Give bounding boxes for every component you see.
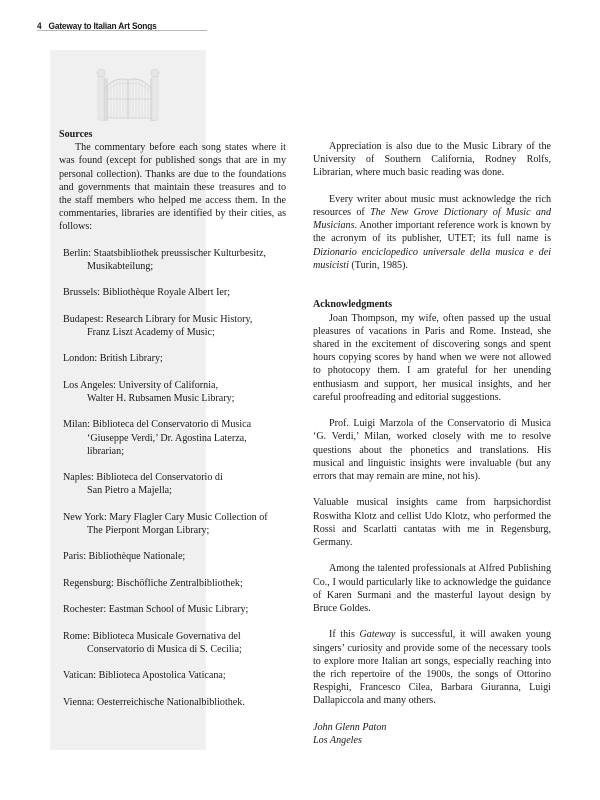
right-column: Appreciation is also due to the Music Li… [313,140,551,747]
library-item: Vienna: Oesterreichische Nationalbibliot… [59,696,286,709]
library-item: Los Angeles: University of California, W… [59,379,286,405]
sources-heading: Sources [59,128,286,141]
library-item: Paris: Bibliothèque Nationale; [59,550,286,563]
library-item: London: British Library; [59,352,286,365]
signature-name: John Glenn Paton [313,721,551,734]
library-item: Vatican: Biblioteca Apostolica Vaticana; [59,669,286,682]
library-item: Brussels: Bibliothèque Royale Albert Ier… [59,286,286,299]
ack-paragraph: Valuable musical insights came from harp… [313,496,551,549]
ack-paragraph: Prof. Luigi Marzola of the Conservatorio… [313,417,551,483]
acknowledgments-heading: Acknowledgments [313,298,551,311]
header-rule [37,30,207,31]
ack-paragraph: Joan Thompson, my wife, often passed up … [313,312,551,404]
reference-works-paragraph: Every writer about music must acknowledg… [313,193,551,272]
library-item: Budapest: Research Library for Music His… [59,313,286,339]
library-item: Rochester: Eastman School of Music Libra… [59,603,286,616]
library-item: Milan: Biblioteca del Conservatorio di M… [59,418,286,458]
library-item: Rome: Biblioteca Musicale Governativa de… [59,630,286,656]
library-item: Berlin: Staatsbibliothek preussischer Ku… [59,247,286,273]
library-item: Regensburg: Bischöfliche Zentralbiblioth… [59,577,286,590]
library-list: Berlin: Staatsbibliothek preussischer Ku… [59,247,286,709]
left-column: Sources The commentary before each song … [59,128,286,709]
closing-paragraph: If this Gateway is successful, it will a… [313,628,551,707]
running-head: 4Gateway to Italian Art Songs [37,21,187,35]
garden-gate-icon [92,66,164,122]
appreciation-paragraph: Appreciation is also due to the Music Li… [313,140,551,180]
sources-intro: The commentary before each song states w… [59,141,286,233]
library-item: New York: Mary Flagler Cary Music Collec… [59,511,286,537]
gateway-title: Gateway [359,629,395,640]
library-item: Naples: Biblioteca del Conservatorio di … [59,471,286,497]
ack-paragraph: Among the talented professionals at Alfr… [313,562,551,615]
signature-place: Los Angeles [313,734,551,747]
